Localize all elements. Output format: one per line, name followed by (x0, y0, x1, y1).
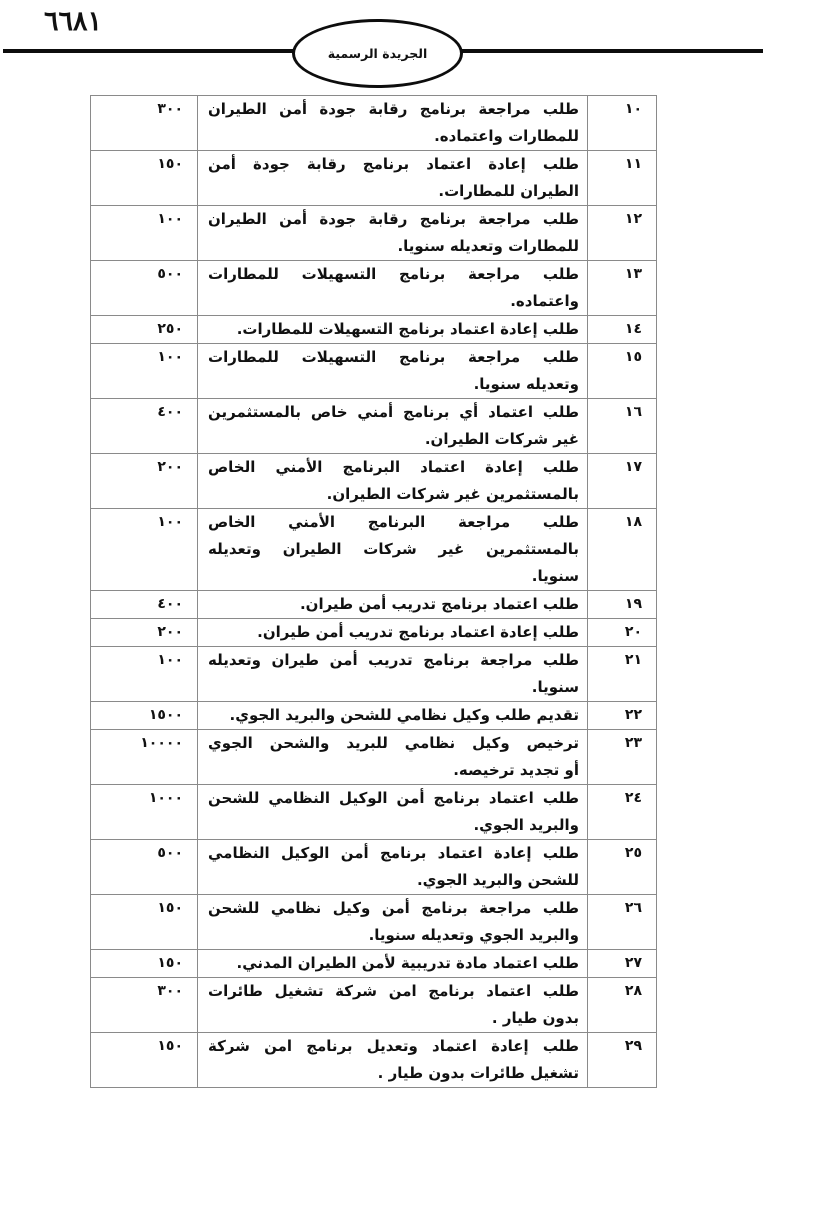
description-line: طلب إعادة اعتماد برنامج التسهيلات للمطار… (208, 316, 579, 343)
table-row: ١٤ طلب إعادة اعتماد برنامج التسهيلات للم… (91, 316, 657, 344)
publication-title: الجريدة الرسمية (328, 46, 428, 61)
fee-amount: ٣٠٠ (91, 96, 198, 151)
description-line: طلب إعادة اعتماد وتعديل برنامج امن شركة (208, 1033, 579, 1060)
item-description: طلب اعتماد برنامج أمن الوكيل النظامي للش… (198, 785, 588, 840)
item-description: طلب اعتماد مادة تدريبية لأمن الطيران الم… (198, 950, 588, 978)
description-line: طلب مراجعة برنامج التسهيلات للمطارات (208, 344, 579, 371)
item-description: طلب إعادة اعتماد برنامج التسهيلات للمطار… (198, 316, 588, 344)
description-line: طلب مراجعة برنامج تدريب أمن طيران وتعديل… (208, 647, 579, 674)
fees-table-body: ١٠ طلب مراجعة برنامج رقابة جودة أمن الطي… (91, 96, 657, 1088)
item-description: طلب اعتماد أي برنامج أمني خاص بالمستثمري… (198, 399, 588, 454)
description-line: طلب اعتماد مادة تدريبية لأمن الطيران الم… (208, 950, 579, 977)
item-number: ٢٩ (588, 1033, 657, 1088)
item-number: ٢٠ (588, 619, 657, 647)
description-line: بدون طيار . (208, 1005, 579, 1032)
item-number: ١١ (588, 151, 657, 206)
table-row: ٢٠ طلب إعادة اعتماد برنامج تدريب أمن طير… (91, 619, 657, 647)
item-number: ٢٦ (588, 895, 657, 950)
item-number: ١٧ (588, 454, 657, 509)
fee-amount: ٥٠٠ (91, 840, 198, 895)
description-line: طلب اعتماد برنامج تدريب أمن طيران. (208, 591, 579, 618)
item-number: ١٢ (588, 206, 657, 261)
description-line: طلب إعادة اعتماد برنامج رقابة جودة أمن (208, 151, 579, 178)
description-line: سنويا. (208, 563, 579, 590)
description-line: طلب مراجعة البرنامج الأمني الخاص (208, 509, 579, 536)
fee-amount: ٣٠٠ (91, 978, 198, 1033)
item-number: ١٩ (588, 591, 657, 619)
description-line: واعتماده. (208, 288, 579, 315)
description-line: طلب إعادة اعتماد برنامج تدريب أمن طيران. (208, 619, 579, 646)
table-row: ٢٩ طلب إعادة اعتماد وتعديل برنامج امن شر… (91, 1033, 657, 1088)
table-row: ٢٦ طلب مراجعة برنامج أمن وكيل نظامي للشح… (91, 895, 657, 950)
table-row: ١١ طلب إعادة اعتماد برنامج رقابة جودة أم… (91, 151, 657, 206)
item-number: ١٦ (588, 399, 657, 454)
description-line: للمطارات وتعديله سنويا. (208, 233, 579, 260)
item-description: طلب اعتماد برنامج تدريب أمن طيران. (198, 591, 588, 619)
item-description: طلب مراجعة برنامج رقابة جودة أمن الطيران… (198, 96, 588, 151)
item-description: طلب مراجعة البرنامج الأمني الخاصبالمستثم… (198, 509, 588, 591)
item-number: ٢٣ (588, 730, 657, 785)
item-number: ٢٤ (588, 785, 657, 840)
description-line: للشحن والبريد الجوي. (208, 867, 579, 894)
description-line: بالمستثمرين غير شركات الطيران وتعديله (208, 536, 579, 563)
item-description: طلب مراجعة برنامج تدريب أمن طيران وتعديل… (198, 647, 588, 702)
description-line: غير شركات الطيران. (208, 426, 579, 453)
item-description: طلب مراجعة برنامج رقابة جودة أمن الطيران… (198, 206, 588, 261)
description-line: والبريد الجوي وتعديله سنويا. (208, 922, 579, 949)
page-number: ٦٦٨١ (44, 6, 102, 37)
table-row: ٢٨ طلب اعتماد برنامج امن شركة تشغيل طائر… (91, 978, 657, 1033)
fee-amount: ١٠٠٠ (91, 785, 198, 840)
item-description: طلب مراجعة برنامج التسهيلات للمطاراتوتعد… (198, 344, 588, 399)
item-description: تقديم طلب وكيل نظامي للشحن والبريد الجوي… (198, 702, 588, 730)
item-number: ١٣ (588, 261, 657, 316)
description-line: طلب مراجعة برنامج رقابة جودة أمن الطيران (208, 96, 579, 123)
fee-amount: ١٠٠ (91, 509, 198, 591)
table-row: ٢٥ طلب إعادة اعتماد برنامج أمن الوكيل ال… (91, 840, 657, 895)
fee-amount: ٤٠٠ (91, 399, 198, 454)
description-line: تشغيل طائرات بدون طيار . (208, 1060, 579, 1087)
table-row: ١٥ طلب مراجعة برنامج التسهيلات للمطاراتو… (91, 344, 657, 399)
table-row: ١٨ طلب مراجعة البرنامج الأمني الخاصبالمس… (91, 509, 657, 591)
description-line: طلب مراجعة برنامج رقابة جودة أمن الطيران (208, 206, 579, 233)
item-number: ٢٨ (588, 978, 657, 1033)
table-row: ١٢ طلب مراجعة برنامج رقابة جودة أمن الطي… (91, 206, 657, 261)
description-line: طلب إعادة اعتماد البرنامج الأمني الخاص (208, 454, 579, 481)
item-description: طلب إعادة اعتماد البرنامج الأمني الخاصبا… (198, 454, 588, 509)
description-line: سنويا. (208, 674, 579, 701)
table-row: ٢١ طلب مراجعة برنامج تدريب أمن طيران وتع… (91, 647, 657, 702)
description-line: طلب مراجعة برنامج التسهيلات للمطارات (208, 261, 579, 288)
table-row: ١٣ طلب مراجعة برنامج التسهيلات للمطاراتو… (91, 261, 657, 316)
description-line: وتعديله سنويا. (208, 371, 579, 398)
description-line: طلب مراجعة برنامج أمن وكيل نظامي للشحن (208, 895, 579, 922)
description-line: الطيران للمطارات. (208, 178, 579, 205)
table-row: ٢٢ تقديم طلب وكيل نظامي للشحن والبريد ال… (91, 702, 657, 730)
item-number: ٢٧ (588, 950, 657, 978)
item-description: طلب مراجعة برنامج أمن وكيل نظامي للشحنوا… (198, 895, 588, 950)
item-description: طلب مراجعة برنامج التسهيلات للمطاراتواعت… (198, 261, 588, 316)
fee-amount: ١٠٠ (91, 647, 198, 702)
fee-amount: ٢٠٠ (91, 454, 198, 509)
description-line: بالمستثمرين غير شركات الطيران. (208, 481, 579, 508)
item-number: ٢٢ (588, 702, 657, 730)
masthead-ellipse: الجريدة الرسمية (292, 19, 463, 88)
fee-amount: ١٥٠٠ (91, 702, 198, 730)
fee-amount: ٢٠٠ (91, 619, 198, 647)
fee-amount: ٢٥٠ (91, 316, 198, 344)
item-description: ترخيص وكيل نظامي للبريد والشحن الجويأو ت… (198, 730, 588, 785)
item-number: ١٤ (588, 316, 657, 344)
item-description: طلب إعادة اعتماد وتعديل برنامج امن شركةت… (198, 1033, 588, 1088)
fee-amount: ١٥٠ (91, 895, 198, 950)
item-number: ٢١ (588, 647, 657, 702)
fee-amount: ١٠٠٠٠ (91, 730, 198, 785)
table-row: ١٠ طلب مراجعة برنامج رقابة جودة أمن الطي… (91, 96, 657, 151)
description-line: والبريد الجوي. (208, 812, 579, 839)
fee-amount: ١٥٠ (91, 1033, 198, 1088)
description-line: طلب اعتماد برنامج امن شركة تشغيل طائرات (208, 978, 579, 1005)
table-row: ١٦ طلب اعتماد أي برنامج أمني خاص بالمستث… (91, 399, 657, 454)
item-description: طلب إعادة اعتماد برنامج أمن الوكيل النظا… (198, 840, 588, 895)
item-number: ١٠ (588, 96, 657, 151)
table-row: ٢٧ طلب اعتماد مادة تدريبية لأمن الطيران … (91, 950, 657, 978)
fee-amount: ١٠٠ (91, 344, 198, 399)
item-number: ١٥ (588, 344, 657, 399)
fee-amount: ١٥٠ (91, 950, 198, 978)
description-line: ترخيص وكيل نظامي للبريد والشحن الجوي (208, 730, 579, 757)
table-row: ٢٤ طلب اعتماد برنامج أمن الوكيل النظامي … (91, 785, 657, 840)
fee-amount: ١٥٠ (91, 151, 198, 206)
item-description: طلب اعتماد برنامج امن شركة تشغيل طائراتب… (198, 978, 588, 1033)
fee-amount: ١٠٠ (91, 206, 198, 261)
item-number: ١٨ (588, 509, 657, 591)
fees-table: ١٠ طلب مراجعة برنامج رقابة جودة أمن الطي… (90, 95, 657, 1088)
description-line: تقديم طلب وكيل نظامي للشحن والبريد الجوي… (208, 702, 579, 729)
item-description: طلب إعادة اعتماد برنامج تدريب أمن طيران. (198, 619, 588, 647)
table-row: ٢٣ ترخيص وكيل نظامي للبريد والشحن الجويأ… (91, 730, 657, 785)
description-line: طلب اعتماد أي برنامج أمني خاص بالمستثمري… (208, 399, 579, 426)
item-description: طلب إعادة اعتماد برنامج رقابة جودة أمنال… (198, 151, 588, 206)
description-line: طلب إعادة اعتماد برنامج أمن الوكيل النظا… (208, 840, 579, 867)
table-row: ١٩ طلب اعتماد برنامج تدريب أمن طيران. ٤٠… (91, 591, 657, 619)
fee-amount: ٥٠٠ (91, 261, 198, 316)
description-line: طلب اعتماد برنامج أمن الوكيل النظامي للش… (208, 785, 579, 812)
item-number: ٢٥ (588, 840, 657, 895)
fee-amount: ٤٠٠ (91, 591, 198, 619)
description-line: أو تجديد ترخيصه. (208, 757, 579, 784)
description-line: للمطارات واعتماده. (208, 123, 579, 150)
table-row: ١٧ طلب إعادة اعتماد البرنامج الأمني الخا… (91, 454, 657, 509)
